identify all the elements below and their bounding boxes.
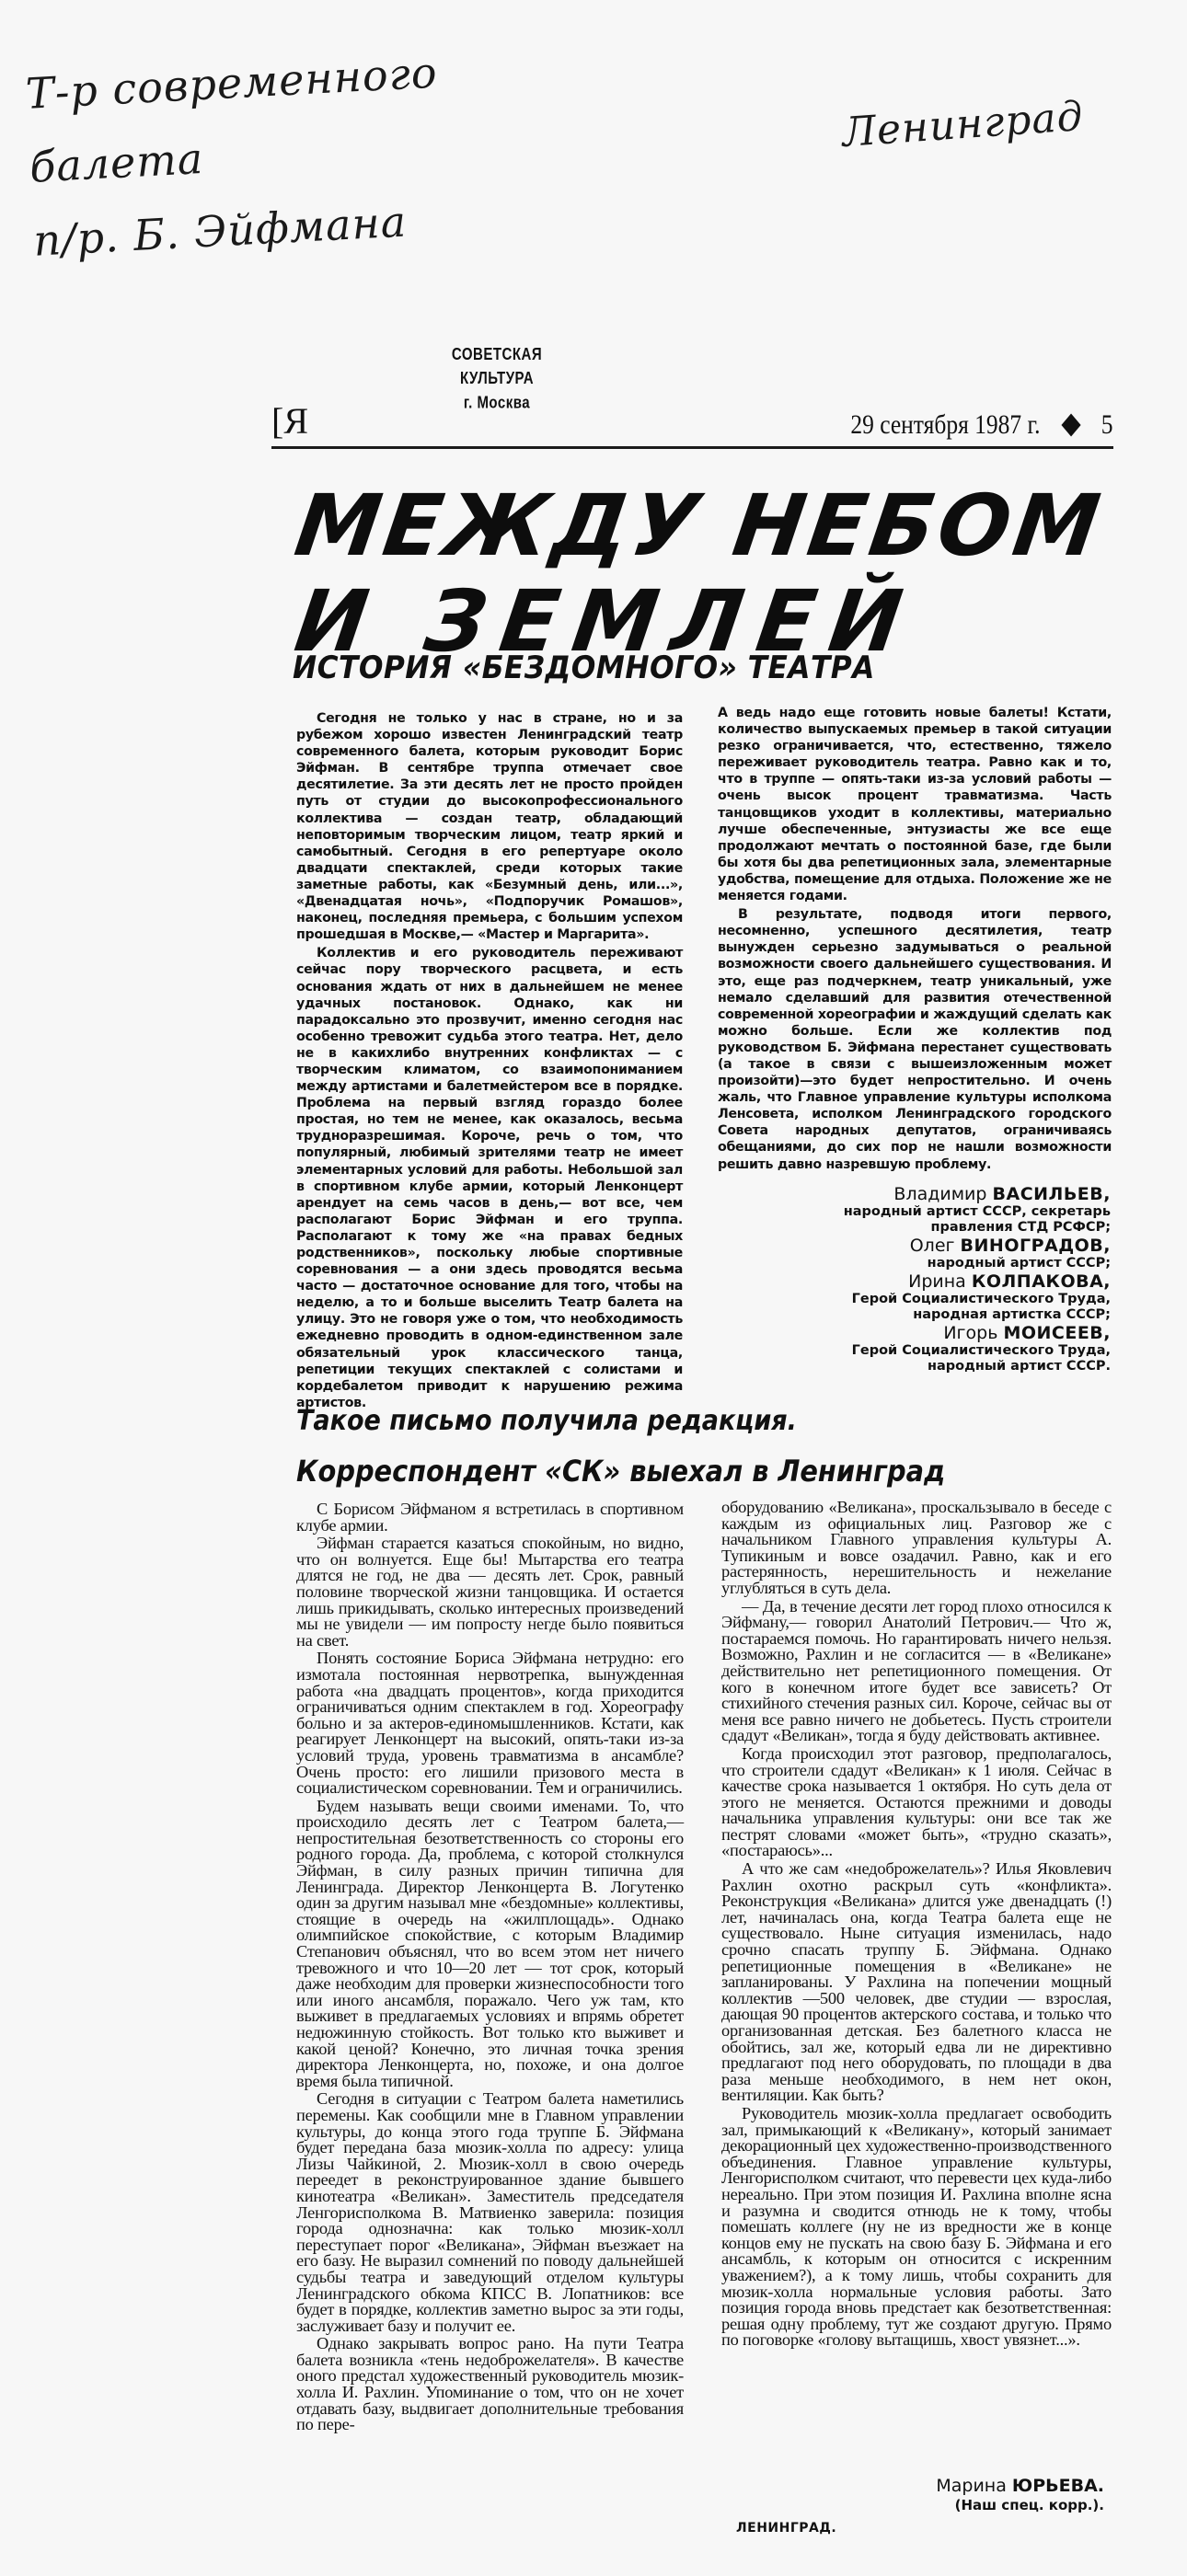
signatory-title: народный артист СССР, секретарь bbox=[844, 1204, 1111, 1220]
signatory-first-name: Владимир bbox=[893, 1184, 986, 1204]
paragraph: А ведь надо еще готовить новые балеты! К… bbox=[718, 705, 1112, 904]
paragraph: Понять состояние Бориса Эйфмана нетрудно… bbox=[296, 1650, 684, 1796]
diamond-separator-icon bbox=[1062, 414, 1081, 437]
paragraph: А что же сам «недоброжелатель»? Илья Яко… bbox=[721, 1861, 1112, 2104]
editorial-note-heading: Такое письмо получила редакция. bbox=[296, 1405, 797, 1437]
paragraph: Когда происходил этот разговор, предпола… bbox=[721, 1746, 1112, 1859]
paragraph: Будем называть вещи своими именами. То, … bbox=[296, 1799, 684, 2090]
report-byline: Марина ЮРЬЕВА. (Наш спец. корр.). bbox=[936, 2475, 1104, 2513]
report-column-1: С Борисом Эйфманом я встретилась в спорт… bbox=[296, 1501, 684, 2433]
signatory-last-name: ВАСИЛЬЕВ, bbox=[993, 1184, 1111, 1204]
page-number: 5 bbox=[1101, 408, 1113, 442]
issue-date: 29 сентября 1987 г. bbox=[851, 408, 1041, 442]
signatory-title: народный артист СССР; bbox=[844, 1256, 1111, 1271]
byline-first-name: Марина bbox=[936, 2476, 1007, 2496]
paragraph: Однако закрывать вопрос рано. На пути Те… bbox=[296, 2336, 684, 2433]
letter-column-2: А ведь надо еще готовить новые балеты! К… bbox=[718, 705, 1112, 1173]
handwritten-annotation-left: Т-р современного балета п/р. Б. Эйфмана bbox=[24, 36, 447, 278]
masthead-fragment: [Я bbox=[271, 399, 308, 443]
signatory-title: народный артист СССР. bbox=[844, 1359, 1111, 1374]
correspondent-report-heading: Корреспондент «СК» выехал в Ленинград bbox=[296, 1454, 945, 1489]
signatory-last-name: МОИСЕЕВ, bbox=[1003, 1323, 1111, 1343]
page-masthead: [Я 29 сентября 1987 г. 5 bbox=[271, 396, 1113, 449]
signatory-first-name: Ирина bbox=[908, 1271, 966, 1292]
signatory-first-name: Игорь bbox=[943, 1323, 997, 1343]
article-subheadline: ИСТОРИЯ «БЕЗДОМНОГО» ТЕАТРА bbox=[293, 650, 875, 686]
paragraph: Руководитель мюзик-холла предлагает осво… bbox=[721, 2106, 1112, 2349]
paragraph: — Да, в течение десяти лет город плохо о… bbox=[721, 1599, 1112, 1744]
paragraph: Коллектив и его руководитель переживают … bbox=[296, 945, 683, 1411]
signatory-title: правления СТД РСФСР; bbox=[844, 1220, 1111, 1236]
signatory: Ирина КОЛПАКОВА, Герой Социалистического… bbox=[844, 1271, 1111, 1323]
handwritten-annotation-city: Ленинград bbox=[841, 93, 1086, 156]
paragraph: оборудованию «Великана», проскальзывало … bbox=[721, 1500, 1112, 1597]
signatory-last-name: ВИНОГРАДОВ, bbox=[961, 1236, 1111, 1256]
signatory: Владимир ВАСИЛЬЕВ, народный артист СССР,… bbox=[844, 1184, 1111, 1236]
paragraph: Эйфман старается казаться спокойным, но … bbox=[296, 1535, 684, 1649]
report-dateline: ЛЕНИНГРАД. bbox=[736, 2521, 836, 2536]
signatory-first-name: Олег bbox=[910, 1236, 955, 1256]
masthead-date-block: 29 сентября 1987 г. 5 bbox=[851, 408, 1113, 442]
paragraph: Сегодня не только у нас в стране, но и з… bbox=[296, 710, 683, 943]
paragraph: Сегодня в ситуации с Театром балета наме… bbox=[296, 2091, 684, 2334]
paragraph: В результате, подводя итоги первого, нес… bbox=[718, 906, 1112, 1173]
headline-line-1: Между небом bbox=[290, 478, 1109, 574]
letter-signatories: Владимир ВАСИЛЬЕВ, народный артист СССР,… bbox=[844, 1184, 1111, 1374]
byline-role: (Наш спец. корр.). bbox=[936, 2497, 1104, 2513]
signatory-title: Герой Социалистического Труда, bbox=[844, 1343, 1111, 1359]
byline-last-name: ЮРЬЕВА. bbox=[1012, 2476, 1104, 2496]
signatory-last-name: КОЛПАКОВА, bbox=[972, 1271, 1111, 1292]
paragraph: С Борисом Эйфманом я встретилась в спорт… bbox=[296, 1501, 684, 1534]
stamp-newspaper-name: СОВЕТСКАЯ КУЛЬТУРА bbox=[432, 342, 561, 391]
report-column-2: оборудованию «Великана», проскальзывало … bbox=[721, 1500, 1112, 2349]
signatory: Игорь МОИСЕЕВ, Герой Социалистического Т… bbox=[844, 1323, 1111, 1374]
signatory: Олег ВИНОГРАДОВ, народный артист СССР; bbox=[844, 1236, 1111, 1271]
article-headline: Между небом и землей bbox=[296, 478, 1102, 670]
signatory-title: народная артистка СССР; bbox=[844, 1307, 1111, 1323]
signatory-title: Герой Социалистического Труда, bbox=[844, 1292, 1111, 1307]
letter-column-1: Сегодня не только у нас в стране, но и з… bbox=[296, 710, 683, 1411]
